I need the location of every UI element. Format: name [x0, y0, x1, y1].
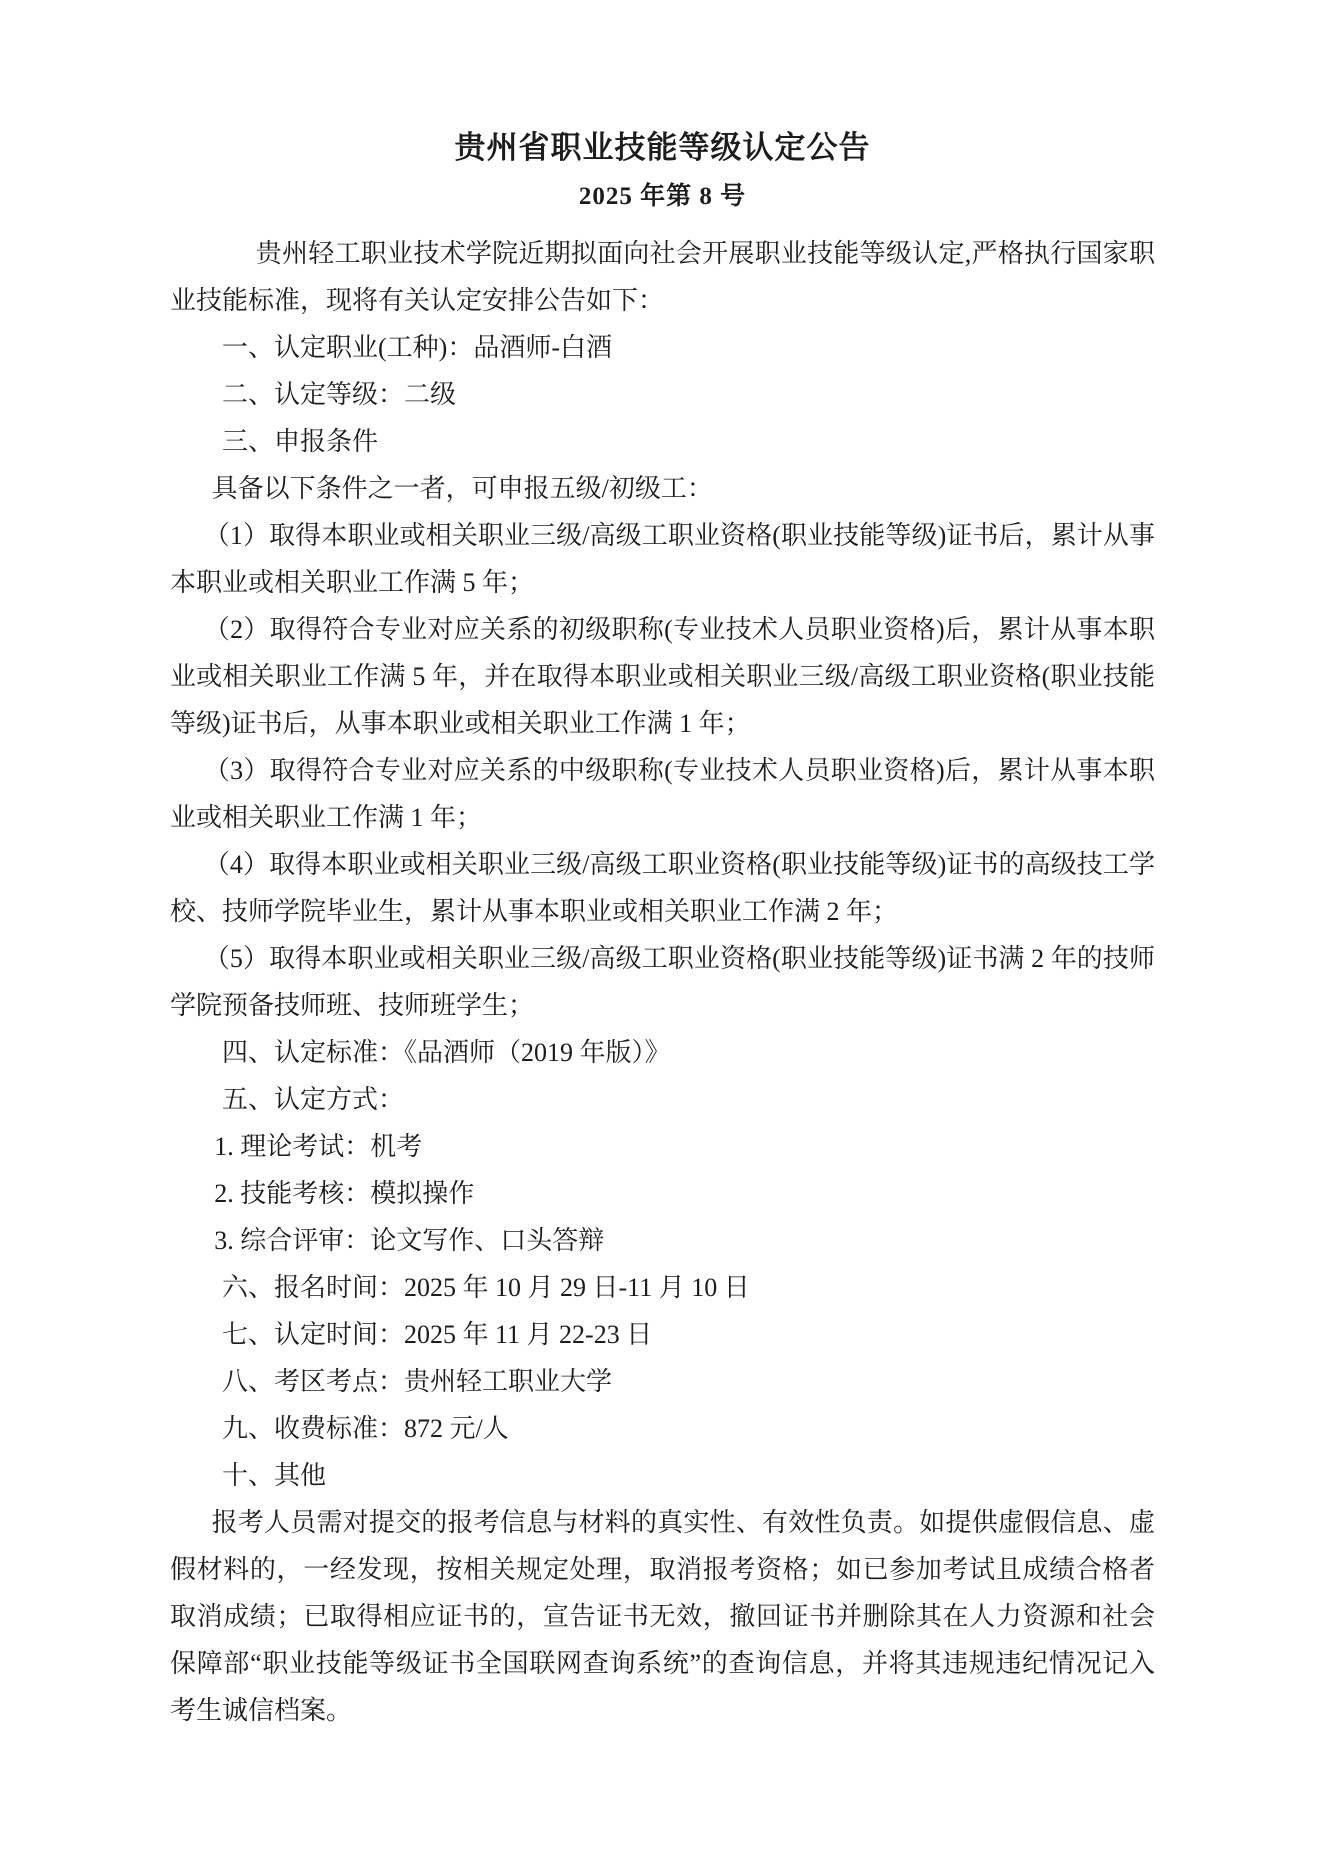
item-9-fee-standard: 九、收费标准：872 元/人: [170, 1405, 1155, 1452]
condition-5: （5）取得本职业或相关职业三级/高级工职业资格(职业技能等级)证书满 2 年的技…: [170, 935, 1155, 1029]
condition-1: （1）取得本职业或相关职业三级/高级工职业资格(职业技能等级)证书后，累计从事本…: [170, 512, 1155, 606]
item-4-standard: 四、认定标准：《品酒师（2019 年版）》: [170, 1029, 1155, 1076]
item-10-other-heading: 十、其他: [170, 1452, 1155, 1499]
item-2-level: 二、认定等级：二级: [170, 371, 1155, 418]
method-2-skill-assessment: 2. 技能考核：模拟操作: [170, 1170, 1155, 1217]
document-page: 贵州省职业技能等级认定公告 2025 年第 8 号 贵州轻工职业技术学院近期拟面…: [0, 0, 1323, 1871]
condition-2: （2）取得符合专业对应关系的初级职称(专业技术人员职业资格)后，累计从事本职业或…: [170, 606, 1155, 747]
para-disclaimer: 报考人员需对提交的报考信息与材料的真实性、有效性负责。如提供虚假信息、虚假材料的…: [170, 1499, 1155, 1734]
item-7-certification-time: 七、认定时间：2025 年 11 月 22-23 日: [170, 1311, 1155, 1358]
doc-title: 贵州省职业技能等级认定公告: [170, 126, 1155, 169]
condition-3: （3）取得符合专业对应关系的中级职称(专业技术人员职业资格)后，累计从事本职业或…: [170, 747, 1155, 841]
para-intro: 贵州轻工职业技术学院近期拟面向社会开展职业技能等级认定,严格执行国家职业技能标准…: [170, 230, 1155, 324]
item-1-occupation: 一、认定职业(工种)：品酒师-白酒: [170, 324, 1155, 371]
item-8-exam-site: 八、考区考点：贵州轻工职业大学: [170, 1358, 1155, 1405]
item-6-registration-time: 六、报名时间：2025 年 10 月 29 日-11 月 10 日: [170, 1264, 1155, 1311]
conditions-intro: 具备以下条件之一者，可申报五级/初级工：: [170, 465, 1155, 512]
item-3-conditions-heading: 三、申报条件: [170, 418, 1155, 465]
condition-4: （4）取得本职业或相关职业三级/高级工职业资格(职业技能等级)证书的高级技工学校…: [170, 841, 1155, 935]
item-5-method-heading: 五、认定方式：: [170, 1076, 1155, 1123]
doc-issue-number: 2025 年第 8 号: [170, 179, 1155, 214]
document-content: 贵州省职业技能等级认定公告 2025 年第 8 号 贵州轻工职业技术学院近期拟面…: [0, 0, 1323, 1734]
method-3-comprehensive-review: 3. 综合评审：论文写作、口头答辩: [170, 1217, 1155, 1264]
method-1-theory-exam: 1. 理论考试：机考: [170, 1123, 1155, 1170]
